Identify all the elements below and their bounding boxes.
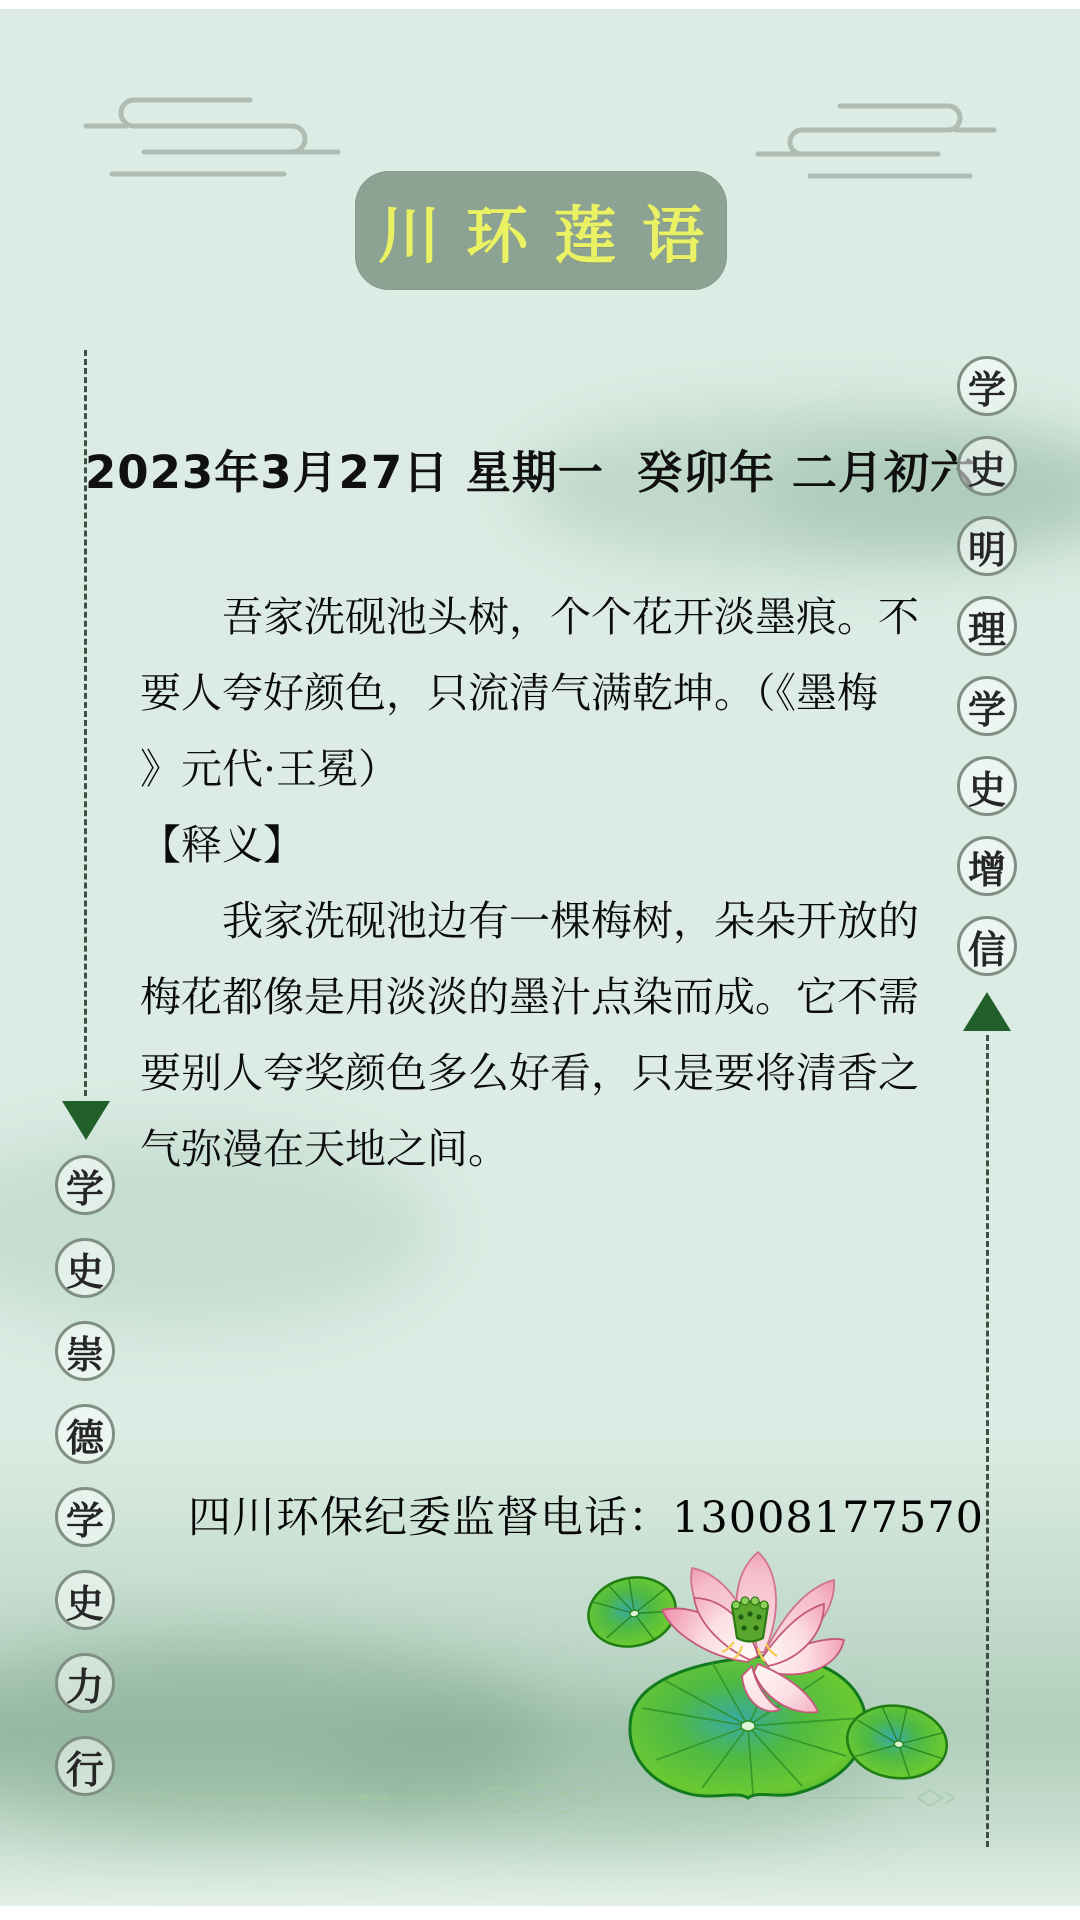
dashed-line xyxy=(84,350,87,1096)
rail-char-circle: 史 xyxy=(55,1238,115,1298)
cloud-motif-icon xyxy=(752,98,1000,180)
rail-char-circle: 学 xyxy=(55,1487,115,1547)
rail-char-circle: 史 xyxy=(957,436,1017,496)
rail-char-circle: 德 xyxy=(55,1404,115,1464)
down-triangle-icon xyxy=(62,1101,110,1140)
rail-char-circle: 力 xyxy=(55,1653,115,1713)
rail-char-circle: 学 xyxy=(55,1155,115,1215)
top-white-edge xyxy=(0,0,1080,9)
rail-char-circle: 明 xyxy=(957,516,1017,576)
rail-char-circle: 史 xyxy=(55,1570,115,1630)
rail-char-circle: 行 xyxy=(55,1736,115,1796)
article-text: 吾家洗砚池头树，个个花开淡墨痕。不 要人夸好颜色，只流清气满乾坤。（《墨梅 》元… xyxy=(140,579,940,1187)
rail-char-circle: 学 xyxy=(957,356,1017,416)
date-line: 2023年3月27日 星期一 癸卯年 二月初六 xyxy=(85,436,965,501)
title-banner: 川环莲语 xyxy=(355,171,727,290)
dashed-line xyxy=(986,1035,989,1847)
lotus-illustration xyxy=(552,1540,952,1815)
rail-char-circle: 信 xyxy=(957,916,1017,976)
rail-char-circle: 增 xyxy=(957,836,1017,896)
definition-text: 我家洗砚池边有一棵梅树，朵朵开放的 梅花都像是用淡淡的墨汁点染而成。它不需 要别… xyxy=(140,883,940,1187)
rail-char-circle: 学 xyxy=(957,676,1017,736)
cloud-motif-icon xyxy=(78,90,346,178)
bottom-white-edge xyxy=(0,1906,1080,1920)
hotline-text: 四川环保纪委监督电话：13008177570 xyxy=(188,1484,984,1545)
rail-char-circle: 理 xyxy=(957,596,1017,656)
page-title: 川环莲语 xyxy=(378,186,730,275)
poster-canvas: 川环莲语 2023年3月27日 星期一 癸卯年 二月初六 吾家洗砚池头树，个个花… xyxy=(0,0,1080,1920)
rail-char-circle: 史 xyxy=(957,756,1017,816)
definition-label: 【释义】 xyxy=(140,807,940,883)
rail-char-circle: 崇 xyxy=(55,1321,115,1381)
poem-text: 吾家洗砚池头树，个个花开淡墨痕。不 要人夸好颜色，只流清气满乾坤。（《墨梅 》元… xyxy=(140,579,940,807)
up-triangle-icon xyxy=(963,992,1011,1031)
